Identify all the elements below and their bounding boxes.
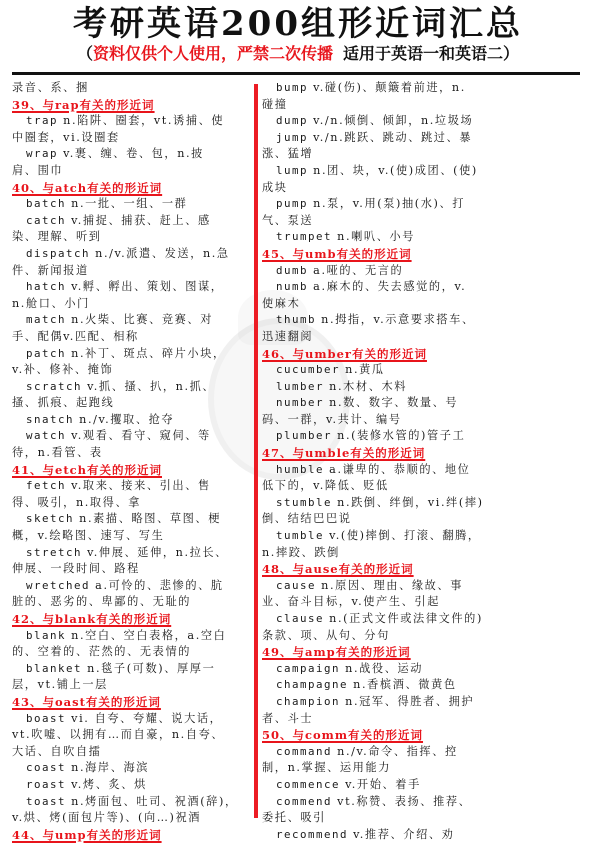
vocab-word: plumber xyxy=(276,429,332,442)
column-divider-bar xyxy=(254,84,258,818)
vocab-definition: n.团、块，v.(使)成团、(使) xyxy=(308,164,478,177)
vocab-entry: jump v./n.跳跃、跳动、跳过、暴 xyxy=(262,130,498,147)
vocab-entry: watch v.观看、看守、窥伺、等 xyxy=(12,428,244,445)
page-subtitle: （资料仅供个人使用，严禁二次传播适用于英语一和英语二） xyxy=(0,43,596,65)
definition-continuation: 肩、围巾 xyxy=(12,163,244,180)
definition-continuation: 手、配偶v.匹配、相称 xyxy=(12,329,244,346)
subtitle-open-paren: （ xyxy=(77,44,93,63)
vocab-entry: wretched a.可怜的、悲惨的、肮 xyxy=(12,578,244,595)
vocab-word: sketch xyxy=(26,512,74,525)
vocab-word: bump xyxy=(276,81,308,94)
vocab-entry: blank n.空白、空白表格，a.空白 xyxy=(12,628,244,645)
vocab-word: commence xyxy=(276,778,340,791)
vocab-definition: v.碰(伤)、颠簸着前进，n. xyxy=(308,81,466,94)
definition-continuation: 委托、吸引 xyxy=(262,810,498,827)
definition-continuation: v.补、修补、掩饰 xyxy=(12,362,244,379)
vocab-word: snatch xyxy=(26,413,74,426)
definition-continuation: 涨、猛增 xyxy=(262,146,498,163)
vocab-entry: wrap v.裹、缠、卷、包，n.披 xyxy=(12,146,244,163)
vocab-definition: n.补丁、斑点、碎片小块， xyxy=(66,347,226,360)
vocab-entry: commend vt.称赞、表扬、推荐、 xyxy=(262,794,498,811)
vocab-word: stretch xyxy=(26,546,82,559)
vocab-entry: toast n.烤面包、吐司、祝酒(辞)， xyxy=(12,794,244,811)
vocab-entry: snatch n./v.攫取、抢夺 xyxy=(12,412,244,429)
vocab-entry: coast n.海岸、海滨 xyxy=(12,760,244,777)
vocab-word: blanket xyxy=(26,662,82,675)
vocab-entry: campaign n.战役、运动 xyxy=(262,661,498,678)
vocab-definition: a.哑的、无言的 xyxy=(308,264,403,277)
section-heading: 43、与oast有关的形近词 xyxy=(12,694,244,711)
vocab-definition: a.麻木的、失去感觉的，v. xyxy=(308,280,466,293)
vocab-word: trap xyxy=(26,114,58,127)
definition-continuation: 码、一群，v.共计、编号 xyxy=(262,412,498,429)
vocab-definition: v.抓、搔、扒，n.抓、 xyxy=(82,380,215,393)
vocab-definition: n.泵，v.用(泵)抽(水)、打 xyxy=(308,197,465,210)
vocab-word: dump xyxy=(276,114,308,127)
definition-continuation: 制，n.掌握、运用能力 xyxy=(262,760,498,777)
vocab-definition: vt.称赞、表扬、推荐、 xyxy=(332,795,471,808)
definition-continuation: 染、理解、听到 xyxy=(12,229,244,246)
section-heading: 40、与atch有关的形近词 xyxy=(12,180,244,197)
vocab-word: lump xyxy=(276,164,308,177)
vocab-word: tumble xyxy=(276,529,324,542)
vocab-definition: v.开始、着手 xyxy=(340,778,421,791)
definition-continuation: 待，n.看管、表 xyxy=(12,445,244,462)
vocab-entry: dispatch n./v.派遣、发送，n.急 xyxy=(12,246,244,263)
vocab-word: pump xyxy=(276,197,308,210)
vocab-entry: cause n.原因、理由、缘故、事 xyxy=(262,578,498,595)
vocab-word: coast xyxy=(26,761,66,774)
vocab-definition: v.取来、接来、引出、售 xyxy=(66,479,211,492)
definition-continuation: n.舱口、小门 xyxy=(12,296,244,313)
vocab-entry: hatch v.孵、孵出、策划、图谋， xyxy=(12,279,244,296)
definition-continuation: 录音、系、捆 xyxy=(12,80,244,97)
definition-continuation: 条款、项、从句、分句 xyxy=(262,628,498,645)
vocab-definition: v.孵、孵出、策划、图谋， xyxy=(66,280,224,293)
vocab-entry: cucumber n.黄瓜 xyxy=(262,362,498,379)
vocab-entry: number n.数、数字、数量、号 xyxy=(262,395,498,412)
vocab-word: humble xyxy=(276,463,324,476)
vocab-definition: v.捕捉、捕获、赶上、感 xyxy=(66,214,211,227)
vocab-word: clause xyxy=(276,612,324,625)
vocab-entry: blanket n.毯子(可数)、厚厚一 xyxy=(12,661,244,678)
definition-continuation: 件、新闻报道 xyxy=(12,263,244,280)
vocab-definition: v.烤、炙、烘 xyxy=(66,778,147,791)
vocab-entry: patch n.补丁、斑点、碎片小块， xyxy=(12,346,244,363)
vocab-word: campaign xyxy=(276,662,340,675)
vocab-entry: batch n.一批、一组、一群 xyxy=(12,196,244,213)
vocab-word: thumb xyxy=(276,313,316,326)
vocab-definition: n.喇叭、小号 xyxy=(332,230,415,243)
vocab-definition: n.陷阱、圈套，vt.诱捕、使 xyxy=(58,114,224,127)
definition-continuation: 搔、抓痕、起跑线 xyxy=(12,395,244,412)
section-heading: 45、与umb有关的形近词 xyxy=(262,246,498,263)
vocab-definition: n.黄瓜 xyxy=(340,363,385,376)
vocab-definition: n.海岸、海滨 xyxy=(66,761,149,774)
vocab-definition: n.(装修水管的)管子工 xyxy=(332,429,465,442)
vocab-definition: n.木材、木料 xyxy=(324,380,407,393)
vocab-definition: n./v.派遣、发送，n.急 xyxy=(90,247,230,260)
vocab-definition: v.伸展、延伸，n.拉长、 xyxy=(82,546,228,559)
definition-continuation: 概，v.绘略图、速写、写生 xyxy=(12,528,244,545)
section-heading: 41、与etch有关的形近词 xyxy=(12,462,244,479)
vocab-entry: recommend v.推荐、介绍、劝 xyxy=(262,827,498,843)
vocab-entry: roast v.烤、炙、烘 xyxy=(12,777,244,794)
vocab-entry: stretch v.伸展、延伸，n.拉长、 xyxy=(12,545,244,562)
vocab-definition: a.可怜的、悲惨的、肮 xyxy=(90,579,224,592)
vocab-entry: sketch n.素描、略图、草图、梗 xyxy=(12,511,244,528)
vocab-definition: n.(正式文件或法律文件的) xyxy=(324,612,483,625)
section-heading: 48、与ause有关的形近词 xyxy=(262,561,498,578)
definition-continuation: 层，vt.铺上一层 xyxy=(12,677,244,694)
vocab-entry: scratch v.抓、搔、扒，n.抓、 xyxy=(12,379,244,396)
vocab-word: champion xyxy=(276,695,340,708)
vocab-definition: n.拇指，v.示意要求搭车、 xyxy=(316,313,475,326)
vocab-word: recommend xyxy=(276,828,348,841)
vocab-definition: n./v.攫取、抢夺 xyxy=(74,413,174,426)
vocab-word: boast xyxy=(26,712,66,725)
vocab-definition: n.数、数字、数量、号 xyxy=(324,396,458,409)
vocab-entry: trumpet n.喇叭、小号 xyxy=(262,229,498,246)
definition-continuation: 得、吸引，n.取得、拿 xyxy=(12,495,244,512)
definition-continuation: 成块 xyxy=(262,180,498,197)
definition-continuation: 迅速翻阅 xyxy=(262,329,498,346)
vocab-word: dispatch xyxy=(26,247,90,260)
left-column: 录音、系、捆39、与rap有关的形近词trap n.陷阱、圈套，vt.诱捕、使中… xyxy=(12,80,244,843)
vocab-definition: v.观看、看守、窥伺、等 xyxy=(66,429,211,442)
vocab-word: batch xyxy=(26,197,66,210)
vocab-entry: champagne n.香槟酒、微黄色 xyxy=(262,677,498,694)
vocab-word: cucumber xyxy=(276,363,340,376)
definition-continuation: v.烘、烤(面包片等)、(向…)祝酒 xyxy=(12,810,244,827)
vocab-entry: fetch v.取来、接来、引出、售 xyxy=(12,478,244,495)
vocab-word: stumble xyxy=(276,496,332,509)
vocab-entry: lump n.团、块，v.(使)成团、(使) xyxy=(262,163,498,180)
vocab-word: hatch xyxy=(26,280,66,293)
definition-continuation: 者、斗士 xyxy=(262,711,498,728)
vocab-definition: n.一批、一组、一群 xyxy=(66,197,187,210)
vocab-definition: a.谦卑的、恭顺的、地位 xyxy=(324,463,470,476)
vocab-entry: humble a.谦卑的、恭顺的、地位 xyxy=(262,462,498,479)
definition-continuation: vt.吹嘘、以拥有…而自豪，n.自夸、 xyxy=(12,727,244,744)
section-heading: 46、与umber有关的形近词 xyxy=(262,346,498,363)
definition-continuation: n.摔跤、跌倒 xyxy=(262,545,498,562)
vocab-definition: n.香槟酒、微黄色 xyxy=(348,678,457,691)
definition-continuation: 的、空着的、茫然的、无表情的 xyxy=(12,644,244,661)
definition-continuation: 大话、自吹自擂 xyxy=(12,744,244,761)
right-column: bump v.碰(伤)、颠簸着前进，n.碰撞dump v./n.倾倒、倾卸，n.… xyxy=(262,80,498,843)
definition-continuation: 倒、结结巴巴说 xyxy=(262,511,498,528)
vocab-word: dumb xyxy=(276,264,308,277)
vocab-word: wretched xyxy=(26,579,90,592)
vocab-definition: n.烤面包、吐司、祝酒(辞)， xyxy=(66,795,238,808)
vocab-entry: command n./v.命令、指挥、控 xyxy=(262,744,498,761)
vocab-entry: thumb n.拇指，v.示意要求搭车、 xyxy=(262,312,498,329)
section-heading: 42、与blank有关的形近词 xyxy=(12,611,244,628)
vocab-word: patch xyxy=(26,347,66,360)
definition-continuation: 碰撞 xyxy=(262,97,498,114)
applicability-note: 适用于英语一和英语二） xyxy=(343,44,519,63)
vocab-word: cause xyxy=(276,579,316,592)
vocab-definition: v.裹、缠、卷、包，n.披 xyxy=(58,147,204,160)
vocab-word: watch xyxy=(26,429,66,442)
copyright-notice: 资料仅供个人使用，严禁二次传播 xyxy=(93,44,333,63)
vocab-definition: v./n.倾倒、倾卸，n.垃圾场 xyxy=(308,114,473,127)
vocab-definition: n.空白、空白表格，a.空白 xyxy=(66,629,226,642)
vocab-definition: v./n.跳跃、跳动、跳过、暴 xyxy=(308,131,472,144)
definition-continuation: 气、泵送 xyxy=(262,213,498,230)
vocab-entry: pump n.泵，v.用(泵)抽(水)、打 xyxy=(262,196,498,213)
vocab-word: scratch xyxy=(26,380,82,393)
vocab-entry: champion n.冠军、得胜者、拥护 xyxy=(262,694,498,711)
definition-continuation: 脏的、恶劣的、卑鄙的、无耻的 xyxy=(12,594,244,611)
vocab-word: trumpet xyxy=(276,230,332,243)
vocab-entry: tumble v.(使)摔倒、打滚、翻腾， xyxy=(262,528,498,545)
vocab-entry: match n.火柴、比赛、竞赛、对 xyxy=(12,312,244,329)
vocab-entry: bump v.碰(伤)、颠簸着前进，n. xyxy=(262,80,498,97)
vocab-word: toast xyxy=(26,795,66,808)
vocab-entry: boast vi. 自夸、夸耀、说大话， xyxy=(12,711,244,728)
section-heading: 44、与ump有关的形近词 xyxy=(12,827,244,843)
vocab-definition: n.跌倒、绊倒，vi.绊(摔) xyxy=(332,496,484,509)
vocab-word: number xyxy=(276,396,324,409)
vocab-entry: clause n.(正式文件或法律文件的) xyxy=(262,611,498,628)
definition-continuation: 低下的，v.降低、贬低 xyxy=(262,478,498,495)
section-heading: 50、与comm有关的形近词 xyxy=(262,727,498,744)
vocab-definition: n.火柴、比赛、竞赛、对 xyxy=(66,313,213,326)
vocab-definition: v.推荐、介绍、劝 xyxy=(348,828,454,841)
vocab-definition: v.(使)摔倒、打滚、翻腾， xyxy=(324,529,481,542)
header-divider xyxy=(12,72,580,75)
vocab-word: wrap xyxy=(26,147,58,160)
vocab-entry: lumber n.木材、木料 xyxy=(262,379,498,396)
vocab-entry: catch v.捕捉、捕获、赶上、感 xyxy=(12,213,244,230)
vocab-entry: plumber n.(装修水管的)管子工 xyxy=(262,428,498,445)
definition-continuation: 业、奋斗目标，v.使产生、引起 xyxy=(262,594,498,611)
vocab-entry: dumb a.哑的、无言的 xyxy=(262,263,498,280)
vocab-word: roast xyxy=(26,778,66,791)
vocab-word: fetch xyxy=(26,479,66,492)
vocab-entry: stumble n.跌倒、绊倒，vi.绊(摔) xyxy=(262,495,498,512)
vocab-entry: numb a.麻木的、失去感觉的，v. xyxy=(262,279,498,296)
definition-continuation: 中圈套，vi.设圈套 xyxy=(12,130,244,147)
vocab-word: lumber xyxy=(276,380,324,393)
vocab-definition: vi. 自夸、夸耀、说大话， xyxy=(66,712,222,725)
vocab-word: command xyxy=(276,745,332,758)
vocab-definition: n.冠军、得胜者、拥护 xyxy=(340,695,474,708)
vocab-entry: commence v.开始、着手 xyxy=(262,777,498,794)
vocab-word: blank xyxy=(26,629,66,642)
vocab-word: numb xyxy=(276,280,308,293)
vocab-word: catch xyxy=(26,214,66,227)
vocab-definition: n./v.命令、指挥、控 xyxy=(332,745,458,758)
vocab-word: match xyxy=(26,313,66,326)
vocab-definition: n.战役、运动 xyxy=(340,662,423,675)
vocab-word: champagne xyxy=(276,678,348,691)
vocab-word: jump xyxy=(276,131,308,144)
vocab-word: commend xyxy=(276,795,332,808)
section-heading: 39、与rap有关的形近词 xyxy=(12,97,244,114)
vocab-definition: n.原因、理由、缘故、事 xyxy=(316,579,463,592)
definition-continuation: 使麻木 xyxy=(262,296,498,313)
page-title: 考研英语200组形近词汇总 xyxy=(0,4,596,44)
vocab-definition: n.毯子(可数)、厚厚一 xyxy=(82,662,215,675)
section-heading: 49、与amp有关的形近词 xyxy=(262,644,498,661)
vocab-entry: trap n.陷阱、圈套，vt.诱捕、使 xyxy=(12,113,244,130)
definition-continuation: 伸展、一段时间、路程 xyxy=(12,561,244,578)
vocab-entry: dump v./n.倾倒、倾卸，n.垃圾场 xyxy=(262,113,498,130)
section-heading: 47、与umble有关的形近词 xyxy=(262,445,498,462)
vocab-definition: n.素描、略图、草图、梗 xyxy=(74,512,221,525)
